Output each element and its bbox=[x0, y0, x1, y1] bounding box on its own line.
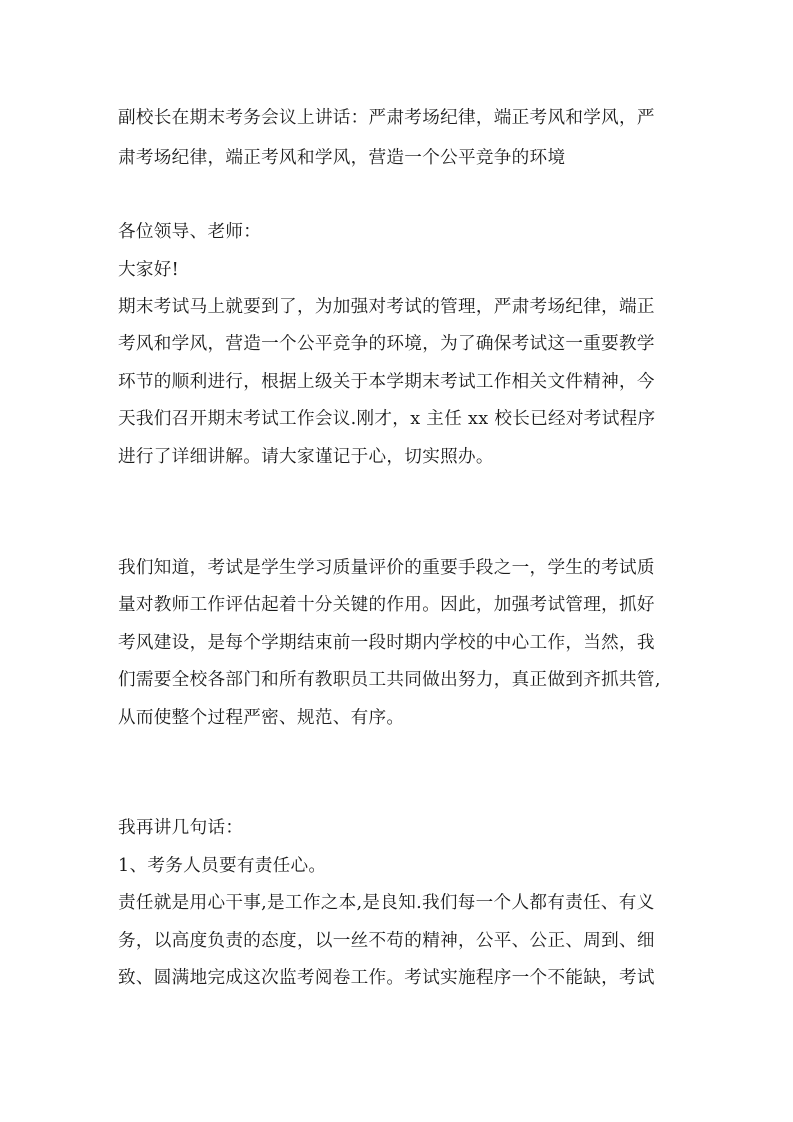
paragraph2-line-1: 我们知道，考试是学生学习质量评价的重要手段之一，学生的考试质 bbox=[118, 557, 688, 579]
document-page: 副校长在期末考务会议上讲话：严肃考场纪律，端正考风和学风，严 肃考场纪律，端正考… bbox=[0, 0, 793, 1122]
paragraph2-line-2: 量对教师工作评估起着十分关键的作用。因此，加强考试管理，抓好 bbox=[118, 594, 688, 616]
paragraph1-line-2: 考风和学风，营造一个公平竞争的环境，为了确保考试这一重要教学 bbox=[118, 333, 688, 355]
paragraph1-line-4: 天我们召开期末考试工作会议.刚才，x 主任 xx 校长已经对考试程序 bbox=[118, 408, 688, 430]
intro-more-remarks: 我再讲几句话： bbox=[118, 817, 688, 839]
document-title-line-1: 副校长在期末考务会议上讲话：严肃考场纪律，端正考风和学风，严 bbox=[118, 107, 688, 129]
salutation: 各位领导、老师： bbox=[118, 221, 688, 243]
paragraph3-line-2: 务，以高度负责的态度，以一丝不苟的精神，公平、公正、周到、细 bbox=[118, 930, 688, 952]
paragraph1-line-5: 进行了详细讲解。请大家谨记于心，切实照办。 bbox=[118, 446, 688, 468]
paragraph1-line-1: 期末考试马上就要到了，为加强对考试的管理，严肃考场纪律，端正 bbox=[118, 296, 688, 318]
paragraph2-line-3: 考风建设，是每个学期结束前一段时期内学校的中心工作，当然，我 bbox=[118, 632, 688, 654]
paragraph3-line-1: 责任就是用心干事,是工作之本,是良知.我们每一个人都有责任、有义 bbox=[118, 892, 688, 914]
paragraph1-line-3: 环节的顺利进行，根据上级关于本学期末考试工作相关文件精神，今 bbox=[118, 371, 688, 393]
paragraph2-line-5: 从而使整个过程严密、规范、有序。 bbox=[118, 707, 688, 729]
paragraph3-line-3: 致、圆满地完成这次监考阅卷工作。考试实施程序一个不能缺，考试 bbox=[118, 967, 688, 989]
paragraph2-line-4: 们需要全校各部门和所有教职员工共同做出努力，真正做到齐抓共管, bbox=[118, 669, 688, 691]
greeting: 大家好! bbox=[118, 259, 688, 281]
item1-heading: 1、考务人员要有责任心。 bbox=[118, 855, 688, 877]
document-title-line-2: 肃考场纪律，端正考风和学风，营造一个公平竞争的环境 bbox=[118, 147, 688, 169]
